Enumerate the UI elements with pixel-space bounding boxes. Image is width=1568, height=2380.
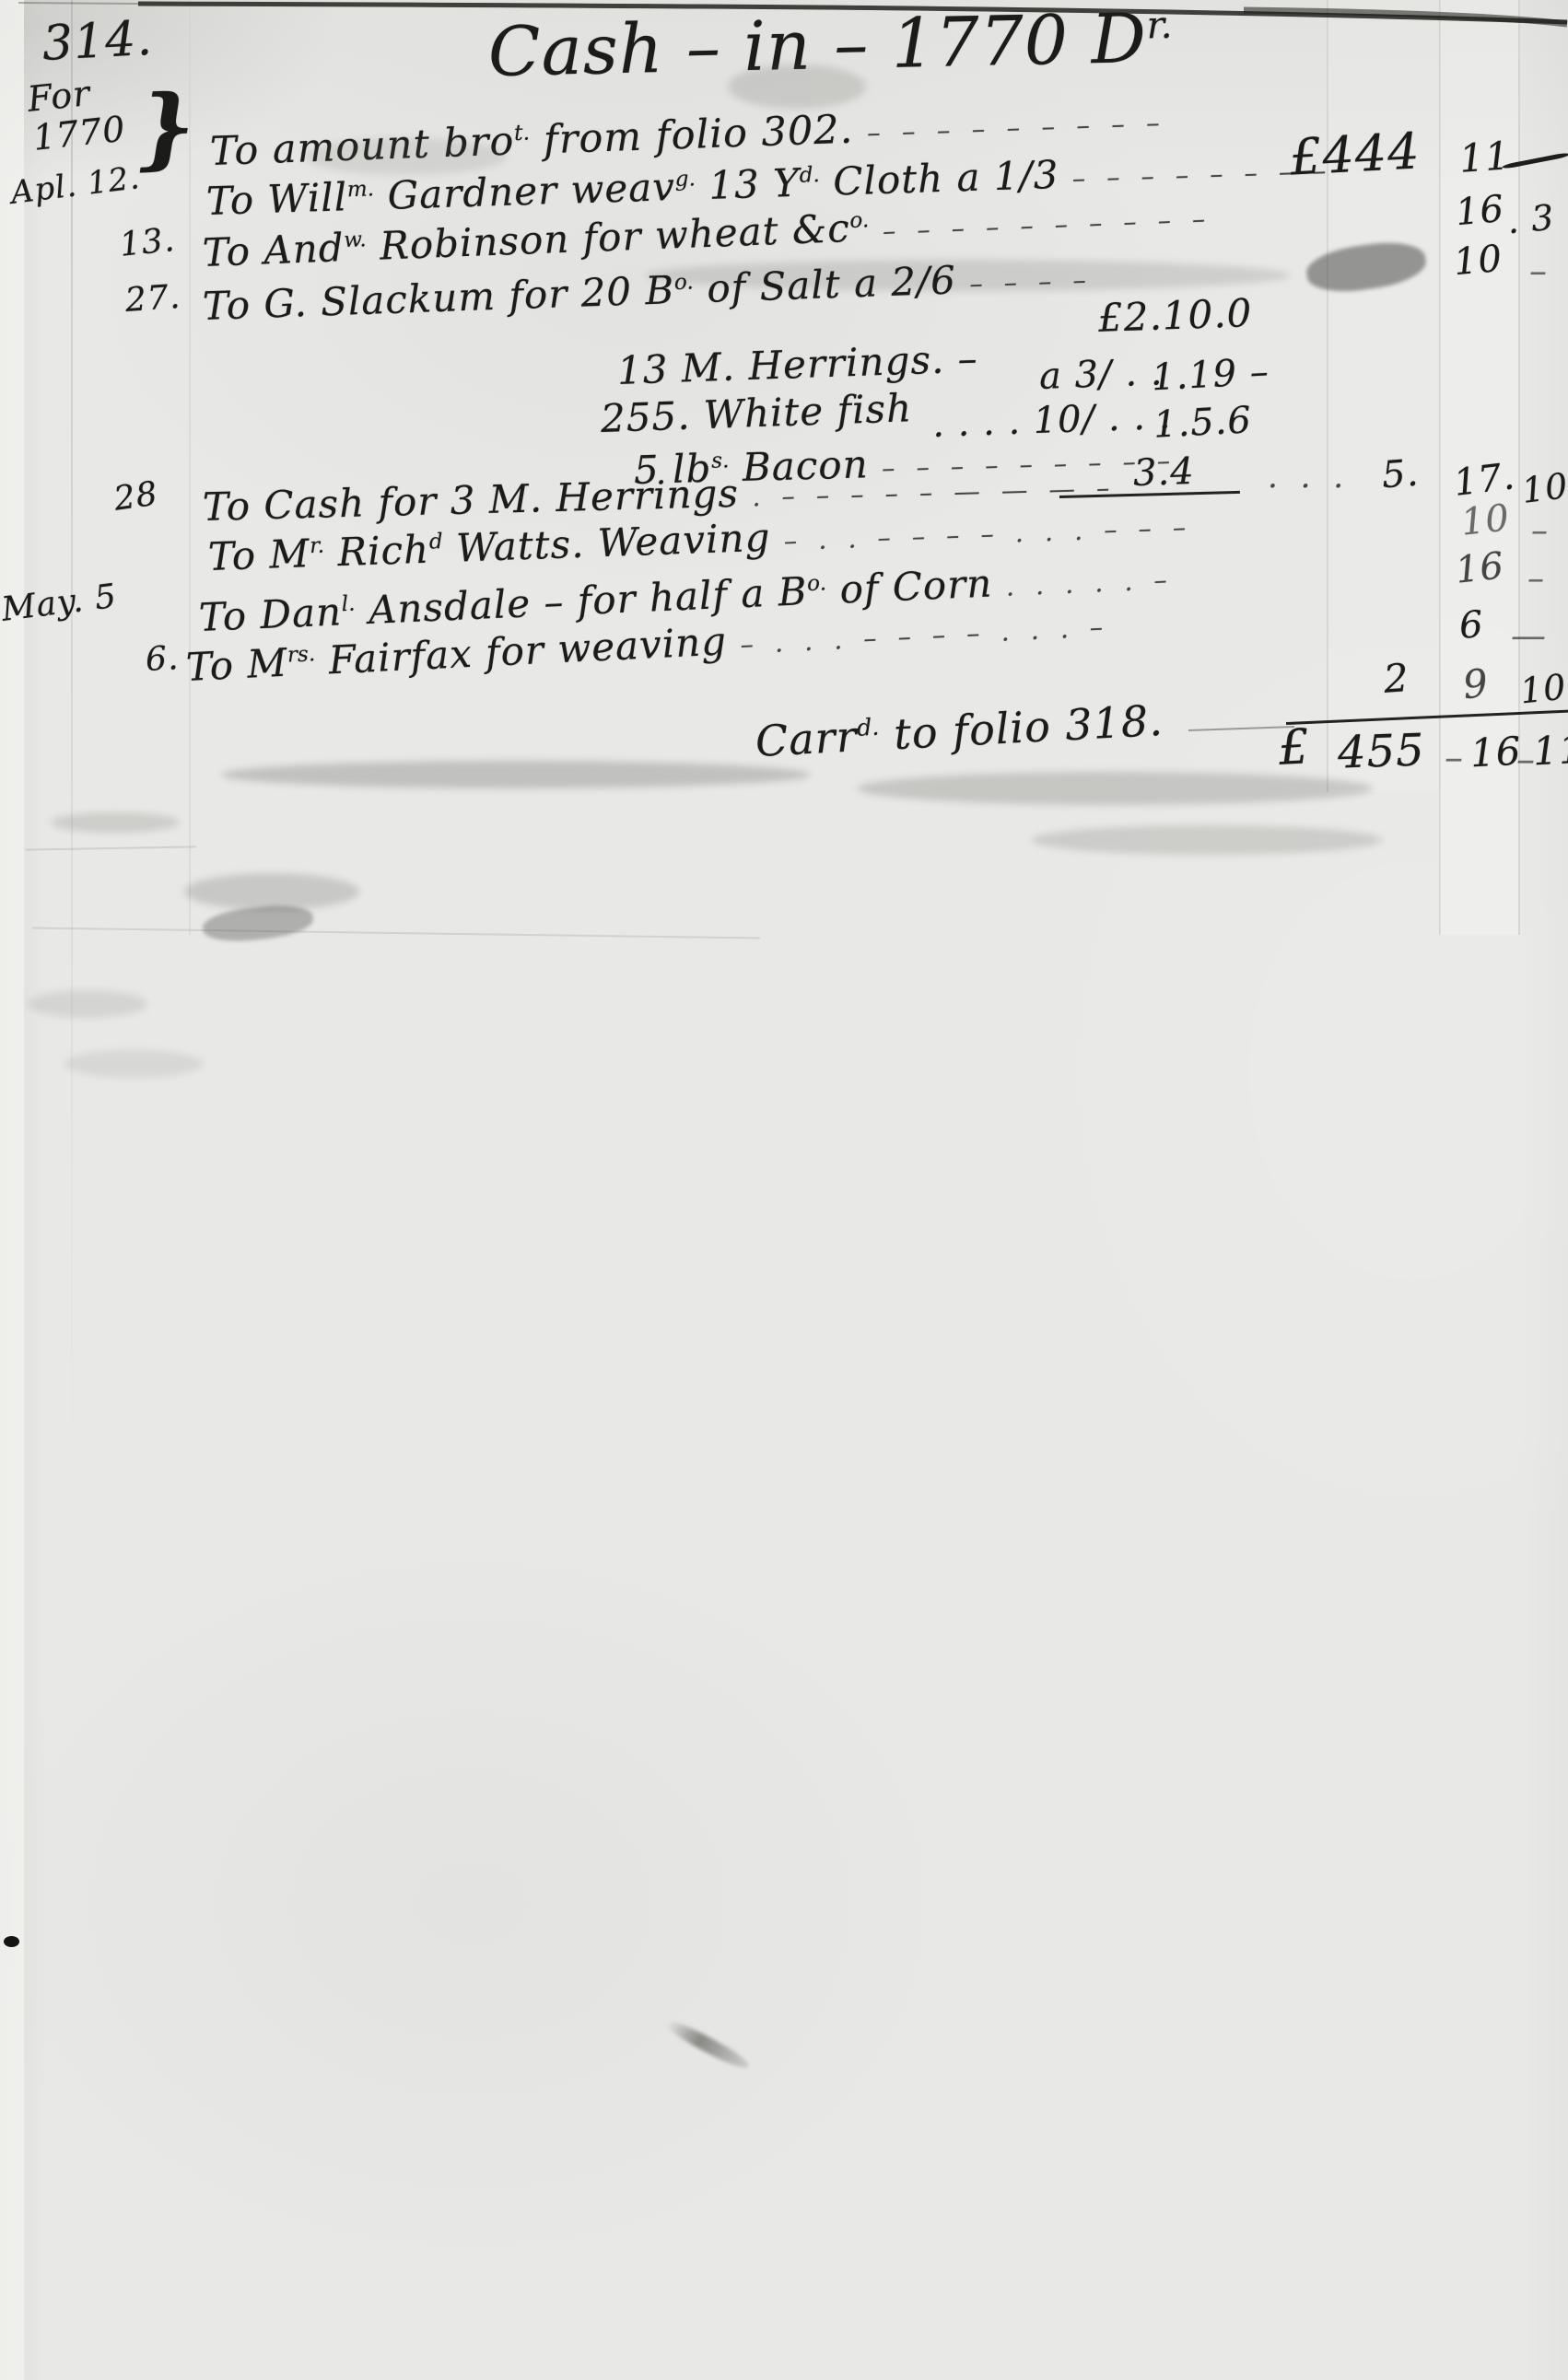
carried-forward-label: Carrd. to folio 318. (755, 695, 1164, 766)
entry-description: Gardner weav (374, 164, 676, 218)
entry-description: To And (202, 225, 345, 275)
entry-description: Watts. Weaving (442, 515, 771, 571)
entry-description: To Dan (198, 589, 343, 640)
entry-description: To G. Slackum for 20 B (202, 267, 675, 329)
entry-description: Cloth a 1/3 (819, 152, 1059, 204)
amount-pence: — (1511, 615, 1547, 656)
entry-superscript: o. (807, 571, 827, 596)
entry-superscript: l. (341, 592, 356, 617)
entry-description: To Will (205, 174, 348, 224)
entry-subitem: 13 M. Herrings. – (616, 335, 978, 393)
amount-pounds: 5. (1380, 452, 1420, 497)
amount-shillings: 10 (1459, 496, 1512, 543)
faint-rule (26, 846, 196, 850)
amount-pence: 10 (1518, 666, 1568, 711)
page-fold-line (71, 0, 73, 1492)
amount-pence: – (1531, 512, 1549, 550)
total-pence: 11 (1532, 727, 1568, 775)
amount-shillings: 16 (1454, 544, 1506, 591)
total-currency: £ (1277, 719, 1311, 776)
entry-superscript: d. (856, 714, 880, 741)
entry-date: 28 (111, 475, 160, 519)
dash-filler: – . . – – – – . . . – – – (783, 511, 1192, 556)
margin-brace: } (136, 76, 197, 180)
entry-description: from folio 302. (529, 107, 854, 164)
bleed-through-smudge (221, 761, 811, 788)
entry-description: to folio 318. (878, 695, 1164, 760)
bleed-through-smudge (28, 990, 147, 1018)
amount-pence: 10 (1520, 465, 1568, 511)
entry-description: of Salt a 2/6 (693, 257, 957, 311)
bleed-through-smudge (64, 1050, 203, 1078)
entry-rate: a 3/ . . (1038, 351, 1164, 398)
amount-inline: 3.4 (1132, 450, 1195, 495)
entry-superscript: d. (799, 163, 820, 188)
dash-filler: – . . . – – – – . . . – (740, 611, 1110, 660)
entry-superscript: r. (310, 534, 325, 559)
amount-inline: 1.19 – (1151, 351, 1270, 400)
entry-date: 13. (118, 221, 177, 264)
dash-filler: . . . . . – (1005, 564, 1174, 602)
entry-superscript: o. (673, 270, 694, 295)
entry-superscript: o. (849, 208, 870, 233)
entry-superscript: g. (674, 167, 696, 192)
amount-inline: £2.10.0 (1097, 290, 1253, 341)
entry-description: of Corn (825, 560, 993, 612)
entry-superscript: rs. (287, 642, 315, 667)
amount-pence: – (1529, 251, 1548, 291)
dash-filler: . . . (1268, 459, 1350, 496)
entry-date: 27. (124, 278, 182, 320)
amount-shillings: 6 (1457, 603, 1485, 647)
entry-date: 6. (145, 639, 180, 679)
dash-filler: – – – – – – – – – – (882, 203, 1211, 247)
page-title: Cash – in – 1770 Dr. (487, 0, 1174, 92)
entry-subitem: 255. White fish (600, 385, 913, 441)
bleed-through-smudge (857, 772, 1373, 805)
dash-filler: – – – – – – – – (1071, 155, 1333, 194)
entry-superscript: d (428, 530, 443, 554)
amount-shillings: 9 (1461, 660, 1492, 708)
amount-pence: – (1527, 560, 1545, 598)
page-title-abbr: D (1091, 0, 1148, 79)
amount-shillings: 16 (1454, 188, 1506, 234)
entry-date: Apl. 12. (9, 159, 143, 212)
entry-superscript: m. (346, 177, 374, 202)
total-separator: – (1445, 737, 1464, 779)
entry-description: To M (185, 640, 289, 690)
entry-superscript: t. (514, 120, 531, 146)
bleed-through-smudge (184, 873, 359, 910)
total-shillings: 16 (1469, 729, 1523, 776)
dash-filler: – – – – (969, 263, 1093, 299)
bleed-through-smudge (201, 902, 314, 945)
faint-rule (32, 927, 760, 939)
entry-superscript: w. (344, 227, 367, 252)
entry-superscript: s. (711, 449, 730, 472)
pence-column-rule (1518, 0, 1520, 935)
entry-description: 13 Y (695, 160, 800, 209)
bleed-through-smudge (51, 812, 180, 833)
entry-description: To M (207, 531, 310, 579)
dash-filler: – – – – – – – – – (866, 107, 1166, 148)
margin-year-label-1770: 1770 (31, 109, 128, 158)
scan-left-edge (0, 0, 24, 2380)
folio-number: 314. (41, 11, 154, 72)
amount-shillings: 10 (1452, 238, 1504, 284)
entry-description: Carr (755, 711, 859, 766)
total-pounds: 455 (1337, 724, 1426, 778)
page-title-abbr-sup: r. (1146, 3, 1173, 48)
ink-dot (4, 1936, 19, 1947)
pencil-smudge (663, 2016, 752, 2072)
amount-pounds: 2 (1382, 655, 1410, 702)
amount-pence: . 3 (1505, 197, 1556, 241)
entry-description: To amount bro (209, 118, 515, 175)
entry-description: Rich (323, 527, 430, 576)
amount-shillings: 11 (1457, 133, 1512, 181)
bleed-through-smudge (1032, 825, 1382, 855)
page-title-text: Cash – in – 1770 (487, 0, 1092, 92)
ledger-page-scan: 314. For 1770 } Cash – in – 1770 Dr. To … (0, 0, 1568, 2380)
